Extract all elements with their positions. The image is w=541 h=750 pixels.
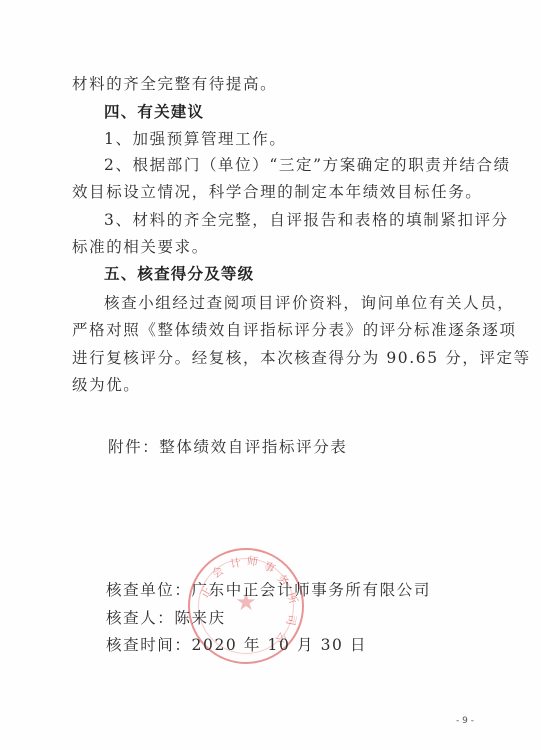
signature-date-value: 2020 年 10 月 30 日: [192, 636, 368, 654]
signature-person-label: 核查人：: [106, 609, 174, 627]
score-paragraph-line-1: 核查小组经过查阅项目评价资料，询问单位有关人员，: [104, 293, 514, 313]
signature-unit-label: 核查单位：: [106, 581, 192, 599]
suggestion-item-2-continuation: 效目标设立情况，科学合理的制定本年绩效目标任务。: [72, 182, 482, 202]
signature-unit-value: 广东中正会计师事务所有限公司: [192, 581, 431, 599]
score-paragraph-line-3: 进行复核评分。经复核，本次核查得分为 90.65 分，评定等: [72, 348, 531, 368]
page-number: - 9 -: [456, 716, 474, 726]
document-page: 材料的齐全完整有待提高。 四、有关建议 1、加强预算管理工作。 2、根据部门（单…: [0, 0, 541, 750]
signature-person: 核查人：陈来庆: [106, 608, 226, 628]
section-heading-score: 五、核查得分及等级: [104, 264, 254, 284]
score-paragraph-line-4: 级为优。: [72, 375, 140, 395]
seal-char: 计: [228, 554, 242, 572]
suggestion-item-1: 1、加强预算管理工作。: [104, 129, 286, 149]
attachment-note: 附件：整体绩效自评指标评分表: [108, 437, 347, 457]
suggestion-item-3-continuation: 标准的相关要求。: [72, 237, 209, 257]
suggestion-item-2: 2、根据部门（单位）“三定”方案确定的职责并结合绩: [104, 155, 511, 175]
score-paragraph-line-2: 严格对照《整体绩效自评指标评分表》的评分标准逐条逐项: [72, 320, 517, 340]
seal-char: 师: [246, 552, 259, 569]
suggestion-item-3: 3、材料的齐全完整，自评报告和表格的填制紧扣评分: [104, 210, 509, 230]
section-heading-suggestions: 四、有关建议: [104, 102, 204, 122]
signature-date-label: 核查时间：: [106, 636, 192, 654]
signature-person-value: 陈来庆: [174, 609, 225, 627]
signature-unit: 核查单位：广东中正会计师事务所有限公司: [106, 580, 431, 600]
signature-date: 核查时间：2020 年 10 月 30 日: [106, 635, 367, 655]
paragraph-continuation: 材料的齐全完整有待提高。: [72, 74, 277, 94]
